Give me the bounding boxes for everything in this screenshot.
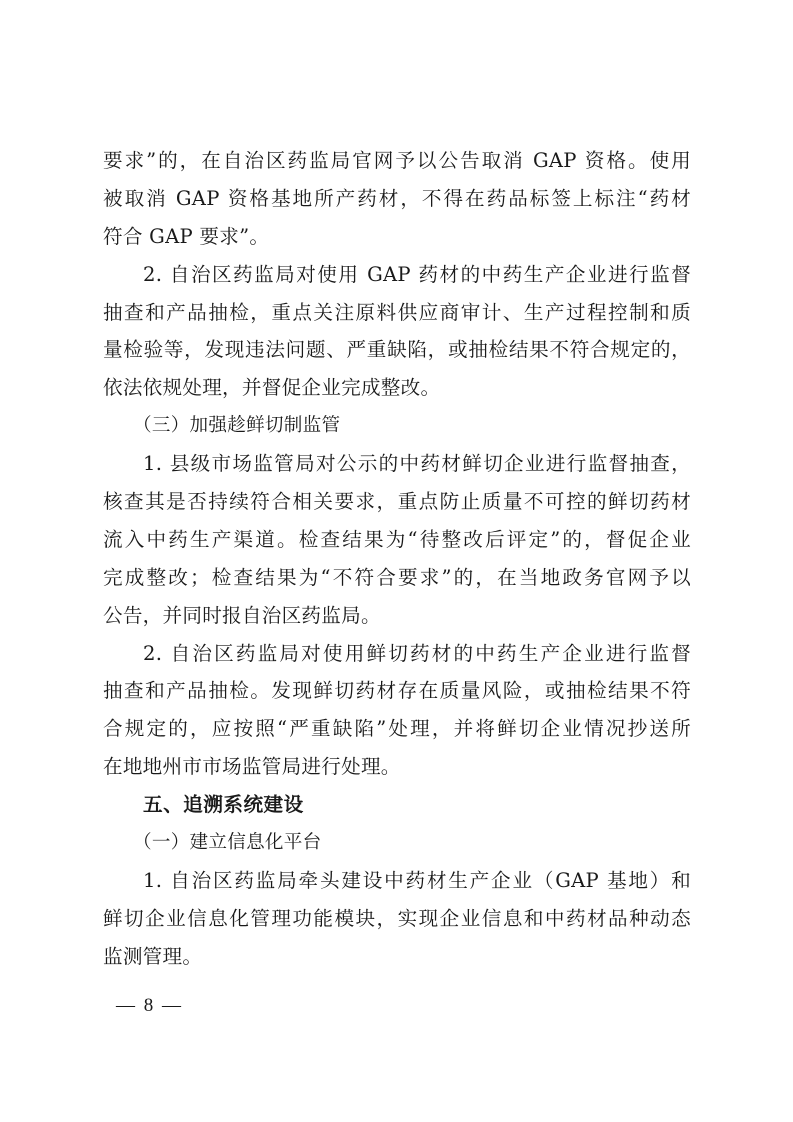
text-line: 符合 GAP 要求”。: [103, 218, 693, 256]
page-number: — 8 —: [116, 995, 183, 1017]
document-page-body: 要求”的，在自治区药监局官网予以公告取消 GAP 资格。使用 被取消 GAP 资…: [103, 142, 693, 976]
text-line: 合规定的，应按照“严重缺陷”处理，并将鲜切企业情况抄送所: [103, 710, 691, 748]
section-heading-traceability: 五、追溯系统建设: [103, 786, 693, 824]
text-line: 2. 自治区药监局对使用鲜切药材的中药生产企业进行监督: [103, 635, 691, 673]
text-line: 量检验等，发现违法问题、严重缺陷，或抽检结果不符合规定的，: [103, 331, 691, 369]
subheading-text: （三）加强趁鲜切制监管: [103, 407, 693, 445]
text-line: 鲜切企业信息化管理功能模块，实现企业信息和中药材品种动态: [103, 900, 691, 938]
text-line: 1. 自治区药监局牵头建设中药材生产企业（GAP 基地）和: [103, 862, 691, 900]
text-line: 被取消 GAP 资格基地所产药材，不得在药品标签上标注“药材: [103, 180, 691, 218]
section-heading-text: 五、追溯系统建设: [103, 786, 693, 824]
subheading-information-platform: （一）建立信息化平台: [103, 824, 693, 862]
text-line: 流入中药生产渠道。检查结果为“待整改后评定”的，督促企业: [103, 521, 691, 559]
text-line: 1. 县级市场监管局对公示的中药材鲜切企业进行监督抽查，: [103, 445, 691, 483]
paragraph-gap-inspection-item-2: 2. 自治区药监局对使用 GAP 药材的中药生产企业进行监督 抽查和产品抽检，重…: [103, 256, 693, 408]
text-line: 监测管理。: [103, 938, 693, 976]
text-line: 抽查和产品抽检，重点关注原料供应商审计、生产过程控制和质: [103, 294, 691, 332]
paragraph-platform-item-1: 1. 自治区药监局牵头建设中药材生产企业（GAP 基地）和 鲜切企业信息化管理功…: [103, 862, 693, 976]
paragraph-fresh-cut-item-2: 2. 自治区药监局对使用鲜切药材的中药生产企业进行监督 抽查和产品抽检。发现鲜切…: [103, 635, 693, 787]
text-line: 依法依规处理，并督促企业完成整改。: [103, 369, 693, 407]
paragraph-fresh-cut-item-1: 1. 县级市场监管局对公示的中药材鲜切企业进行监督抽查， 核查其是否持续符合相关…: [103, 445, 693, 634]
text-line: 核查其是否持续符合相关要求，重点防止质量不可控的鲜切药材: [103, 483, 691, 521]
text-line: 公告，并同时报自治区药监局。: [103, 597, 693, 635]
text-line: 在地地州市市场监管局进行处理。: [103, 748, 693, 786]
subheading-text: （一）建立信息化平台: [103, 824, 693, 862]
text-line: 完成整改；检查结果为“不符合要求”的，在当地政务官网予以: [103, 559, 691, 597]
text-line: 2. 自治区药监局对使用 GAP 药材的中药生产企业进行监督: [103, 256, 691, 294]
subheading-fresh-cut-supervision: （三）加强趁鲜切制监管: [103, 407, 693, 445]
paragraph-gap-revocation-continuation: 要求”的，在自治区药监局官网予以公告取消 GAP 资格。使用 被取消 GAP 资…: [103, 142, 693, 256]
text-line: 要求”的，在自治区药监局官网予以公告取消 GAP 资格。使用: [103, 142, 691, 180]
text-line: 抽查和产品抽检。发现鲜切药材存在质量风险，或抽检结果不符: [103, 672, 691, 710]
